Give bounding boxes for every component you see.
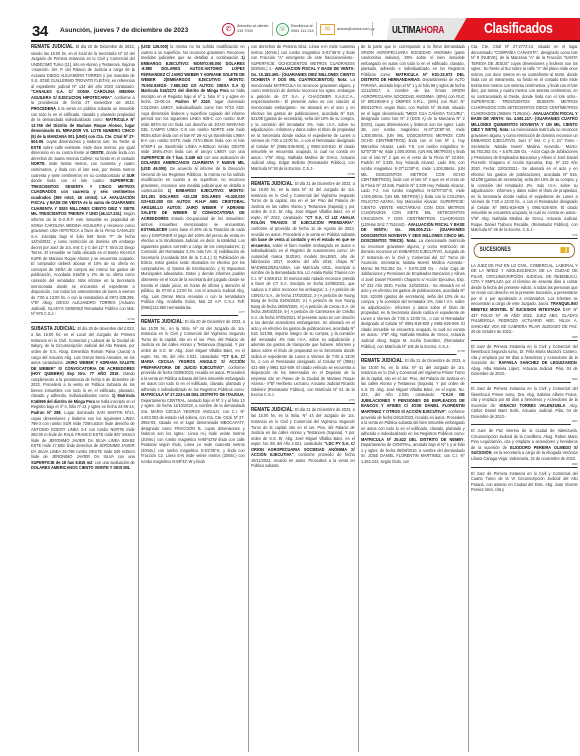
page-number: 34 — [32, 23, 48, 40]
dots-icon — [560, 247, 569, 254]
notice-code: 4805 — [571, 335, 578, 341]
notice-code: 4776 — [348, 398, 355, 404]
notice-separator: 4777 — [141, 311, 245, 316]
column-divider — [358, 46, 359, 752]
notice-code: 47732 — [127, 317, 135, 323]
column-1: REMATE JUDICIAL: El día 20 de Diciembre … — [31, 44, 135, 756]
divider — [272, 22, 273, 36]
classified-notice: REMATE JUDICIAL: El día 21 de Diciembre … — [251, 407, 355, 469]
phone-icon: ✆ — [222, 23, 235, 36]
classified-notice: Cta. Cte. Ctral Nº 27-2772-13, situado e… — [471, 44, 578, 233]
classified-notice: REMATE JUDICIAL: El día 21 de Diciembre … — [361, 358, 465, 464]
column-divider — [138, 46, 139, 752]
classified-notice: (USD 126.000) la misma no ha sufrido mod… — [141, 44, 245, 310]
column-5: Cta. Cte. Ctral Nº 27-2772-13, situado e… — [471, 44, 578, 756]
column-divider — [248, 46, 249, 752]
classified-notice: REMATE JUDICIAL: El día 21 de Diciembre … — [251, 181, 355, 398]
classified-notice: El Juez de Primera Instancia en lo Civil… — [471, 471, 578, 493]
notice-code: 4777 — [238, 310, 245, 316]
page-header: 34 Asunción, jueves 7 de diciembre de 20… — [0, 0, 580, 40]
notice-separator: 4805 — [471, 336, 578, 341]
notice-separator: 4820 — [471, 378, 578, 383]
notice-code: 47738 — [457, 349, 465, 355]
contact-value: avisos@uhora.com.py — [337, 27, 375, 32]
section-label: SUCESIONES — [480, 247, 511, 253]
notice-separator: 4823 — [471, 463, 578, 468]
section-banner: Clasificados — [454, 18, 580, 40]
whatsapp-icon: ☏ — [276, 23, 289, 36]
divider — [316, 22, 317, 36]
notice-code: 4823 — [571, 462, 578, 468]
classified-notice: El Juez de Paz interino de la ciudad de … — [471, 428, 578, 461]
column-3: con derechos de Petrona Díaz, Línea n-m … — [251, 44, 355, 756]
notice-code: 4776 — [571, 233, 578, 239]
publication-date: Asunción, jueves 7 de diciembre de 2023 — [60, 27, 188, 34]
notice-separator: 4776 — [471, 234, 578, 239]
notice-separator: 47726 — [251, 173, 355, 178]
header-rule — [31, 40, 580, 42]
column-4: de la parte que le corresponde a la firm… — [361, 44, 465, 756]
customer-service-contact[interactable]: ✆ Atención al cliente:415 7000 — [222, 21, 269, 37]
email-contact[interactable]: ✉ avisos@uhora.com.py — [320, 21, 375, 37]
section-header-sucesiones: SUCESIONES — [474, 243, 576, 258]
notice-separator: 4821 — [471, 420, 578, 425]
classified-notice: REMATE JUDICIAL: El día 20 de Diciembre … — [141, 319, 245, 464]
mail-icon: ✉ — [320, 24, 335, 35]
notice-code: 4820 — [571, 377, 578, 383]
whatsapp-contact[interactable]: ☏ Escribinos al0981 111 013 — [276, 21, 314, 37]
column-divider — [468, 46, 469, 752]
column-2: (USD 126.000) la misma no ha sufrido mod… — [141, 44, 245, 756]
classified-notice: El Juez de Primera Instancia en lo Civil… — [471, 344, 578, 377]
notice-separator: 47738 — [361, 350, 465, 355]
classified-notice: LA JUEZ DE PAZ EN LO CIVIL, COMERCIAL, L… — [471, 263, 578, 335]
classified-notice: El Juez de Primera Instancia en lo Civil… — [471, 386, 578, 419]
classified-notice: de la parte que le corresponde a la firm… — [361, 44, 465, 349]
classifieds-columns: REMATE JUDICIAL: El día 20 de Diciembre … — [31, 44, 580, 756]
divider — [372, 22, 373, 36]
classified-notice: SUBASTA JUDICIAL: El día 20 de diciembre… — [31, 326, 135, 471]
classified-notice: REMATE JUDICIAL: El día 20 de Diciembre … — [31, 44, 135, 317]
contact-value: 415 7000 — [237, 29, 253, 33]
notice-separator: 4776 — [251, 399, 355, 404]
contact-value: 0981 111 013 — [291, 29, 314, 33]
contact-label: Escribinos al — [291, 24, 313, 28]
notice-code: 4821 — [571, 419, 578, 425]
newspaper-page: 34 Asunción, jueves 7 de diciembre de 20… — [0, 0, 580, 756]
ultimahora-logo: ULTIMAHORA — [392, 24, 444, 36]
classified-notice: con derechos de Petrona Díaz, Línea n-m … — [251, 44, 355, 172]
notice-code: 47726 — [347, 172, 355, 178]
section-title: Clasificados — [484, 20, 553, 37]
notice-separator: 47732 — [31, 318, 135, 323]
contact-label: Atención al cliente: — [237, 24, 269, 28]
